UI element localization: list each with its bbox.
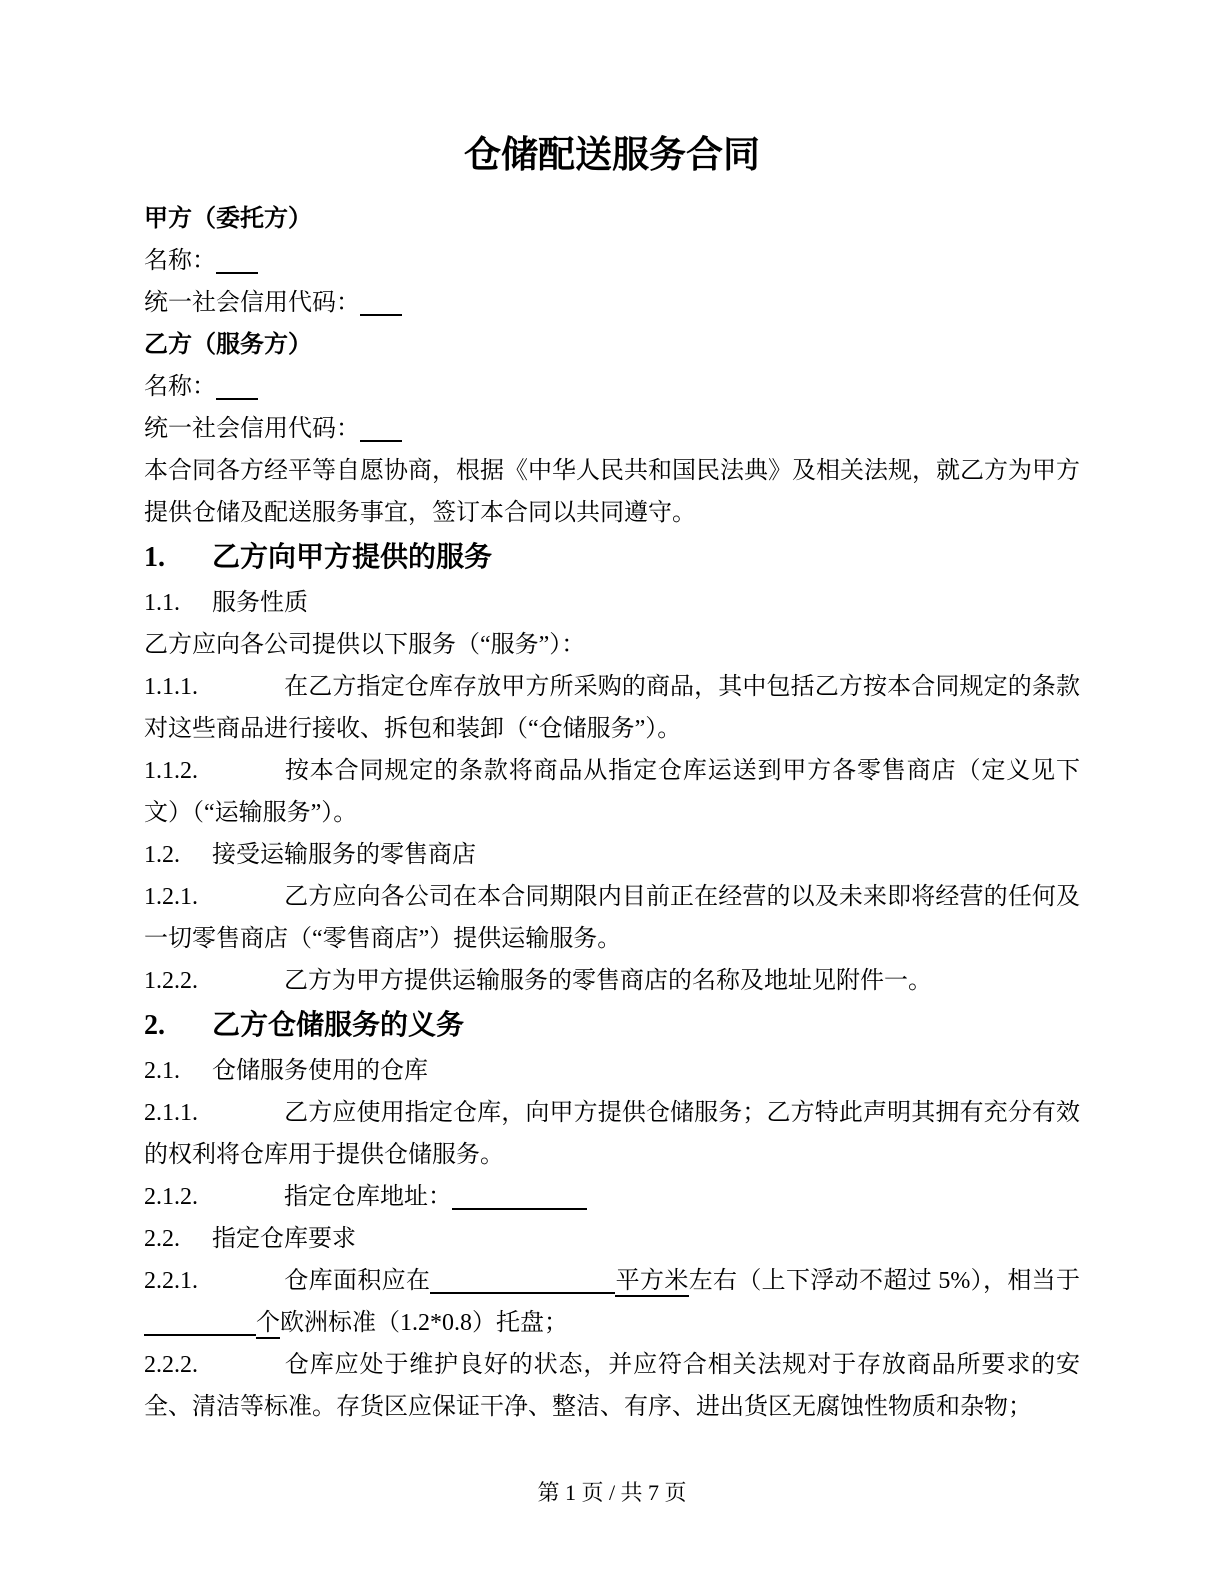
text-run: 乙方应向各公司在本合同期限内目前正在经营的以及未来即将经营的任何及一切零售商店（… xyxy=(144,884,1080,952)
text-run: 左右（上下浮动不超过 5%），相当于 xyxy=(689,1268,1080,1294)
clause-number: 2.1. xyxy=(144,1050,212,1092)
fill-in-blank xyxy=(216,374,258,400)
clause: 1.1.服务性质 xyxy=(144,582,1080,624)
text-run: 指定仓库要求 xyxy=(212,1226,356,1252)
underlined-text: 平方米 xyxy=(615,1268,688,1297)
clause-number: 2.2. xyxy=(144,1218,212,1260)
text-run: 乙方应向各公司提供以下服务（“服务”）： xyxy=(144,632,585,658)
text-run: 欧洲标准（1.2*0.8）托盘； xyxy=(280,1310,568,1336)
text-run: 在乙方指定仓库存放甲方所采购的商品，其中包括乙方按本合同规定的条款对这些商品进行… xyxy=(144,674,1080,742)
clause: 1.1.2.按本合同规定的条款将商品从指定仓库运送到甲方各零售商店（定义见下文）… xyxy=(144,750,1080,834)
document-content: 仓储配送服务合同 甲方（委托方）名称：统一社会信用代码：乙方（服务方）名称：统一… xyxy=(144,0,1080,1428)
fill-in-blank xyxy=(360,416,402,442)
paragraph: 本合同各方经平等自愿协商，根据《中华人民共和国民法典》及相关法规，就乙方为甲方提… xyxy=(144,450,1080,534)
page-footer: 第 1 页 / 共 7 页 xyxy=(0,1478,1224,1508)
text-run: 乙方（服务方） xyxy=(144,332,312,358)
text-run: 接受运输服务的零售商店 xyxy=(212,842,476,868)
clause-number: 1.2. xyxy=(144,834,212,876)
text-run: 名称： xyxy=(144,248,216,274)
clause-number: 2.2.1. xyxy=(144,1260,284,1302)
paragraph: 乙方应向各公司提供以下服务（“服务”）： xyxy=(144,624,1080,666)
clause-number: 1. xyxy=(144,534,212,582)
text-run: 按本合同规定的条款将商品从指定仓库运送到甲方各零售商店（定义见下文）（“运输服务… xyxy=(144,758,1080,826)
clause: 1.2.接受运输服务的零售商店 xyxy=(144,834,1080,876)
paragraph: 统一社会信用代码： xyxy=(144,282,1080,324)
section-heading: 1.乙方向甲方提供的服务 xyxy=(144,534,1080,582)
section-heading: 2.乙方仓储服务的义务 xyxy=(144,1002,1080,1050)
clause: 1.2.1.乙方应向各公司在本合同期限内目前正在经营的以及未来即将经营的任何及一… xyxy=(144,876,1080,960)
clause-number: 2.1.2. xyxy=(144,1176,284,1218)
clause: 2.2.1.仓库面积应在平方米左右（上下浮动不超过 5%），相当于个欧洲标准（1… xyxy=(144,1260,1080,1344)
paragraph: 名称： xyxy=(144,240,1080,282)
clause: 2.1.1.乙方应使用指定仓库，向甲方提供仓储服务；乙方特此声明其拥有充分有效的… xyxy=(144,1092,1080,1176)
text-run: 名称： xyxy=(144,374,216,400)
fill-in-blank xyxy=(216,248,258,274)
text-run: 本合同各方经平等自愿协商，根据《中华人民共和国民法典》及相关法规，就乙方为甲方提… xyxy=(144,458,1080,526)
paragraph: 名称： xyxy=(144,366,1080,408)
party-label: 乙方（服务方） xyxy=(144,324,1080,366)
clause-number: 2.1.1. xyxy=(144,1092,284,1134)
clause-number: 1.1.2. xyxy=(144,750,284,792)
text-run: 仓库面积应在 xyxy=(284,1268,430,1294)
document-body: 甲方（委托方）名称：统一社会信用代码：乙方（服务方）名称：统一社会信用代码：本合… xyxy=(144,198,1080,1428)
clause: 2.2.2.仓库应处于维护良好的状态，并应符合相关法规对于存放商品所要求的安全、… xyxy=(144,1344,1080,1428)
text-run: 统一社会信用代码： xyxy=(144,290,360,316)
text-run: 指定仓库地址： xyxy=(284,1184,452,1210)
party-label: 甲方（委托方） xyxy=(144,198,1080,240)
clause: 2.1.2.指定仓库地址： xyxy=(144,1176,1080,1218)
clause-number: 1.2.2. xyxy=(144,960,284,1002)
text-run: 仓库应处于维护良好的状态，并应符合相关法规对于存放商品所要求的安全、清洁等标准。… xyxy=(144,1352,1080,1420)
fill-in-blank xyxy=(144,1310,256,1336)
text-run: 统一社会信用代码： xyxy=(144,416,360,442)
clause-number: 1.2.1. xyxy=(144,876,284,918)
paragraph: 统一社会信用代码： xyxy=(144,408,1080,450)
clause: 2.2.指定仓库要求 xyxy=(144,1218,1080,1260)
text-run: 甲方（委托方） xyxy=(144,206,312,232)
text-run: 仓储服务使用的仓库 xyxy=(212,1058,428,1084)
document-title: 仓储配送服务合同 xyxy=(144,0,1080,184)
text-run: 乙方应使用指定仓库，向甲方提供仓储服务；乙方特此声明其拥有充分有效的权利将仓库用… xyxy=(144,1100,1080,1168)
clause-number: 2.2.2. xyxy=(144,1344,284,1386)
fill-in-blank xyxy=(452,1184,587,1210)
fill-in-blank xyxy=(430,1268,615,1294)
fill-in-blank xyxy=(360,290,402,316)
text-run: 乙方为甲方提供运输服务的零售商店的名称及地址见附件一。 xyxy=(284,968,932,994)
clause: 1.2.2.乙方为甲方提供运输服务的零售商店的名称及地址见附件一。 xyxy=(144,960,1080,1002)
clause-number: 1.1.1. xyxy=(144,666,284,708)
clause-number: 2. xyxy=(144,1002,212,1050)
text-run: 服务性质 xyxy=(212,590,308,616)
underlined-text: 个 xyxy=(256,1310,280,1339)
clause: 1.1.1.在乙方指定仓库存放甲方所采购的商品，其中包括乙方按本合同规定的条款对… xyxy=(144,666,1080,750)
text-run: 乙方仓储服务的义务 xyxy=(212,1010,464,1041)
clause: 2.1.仓储服务使用的仓库 xyxy=(144,1050,1080,1092)
clause-number: 1.1. xyxy=(144,582,212,624)
document-page: 仓储配送服务合同 甲方（委托方）名称：统一社会信用代码：乙方（服务方）名称：统一… xyxy=(0,0,1224,1584)
text-run: 乙方向甲方提供的服务 xyxy=(212,542,492,573)
